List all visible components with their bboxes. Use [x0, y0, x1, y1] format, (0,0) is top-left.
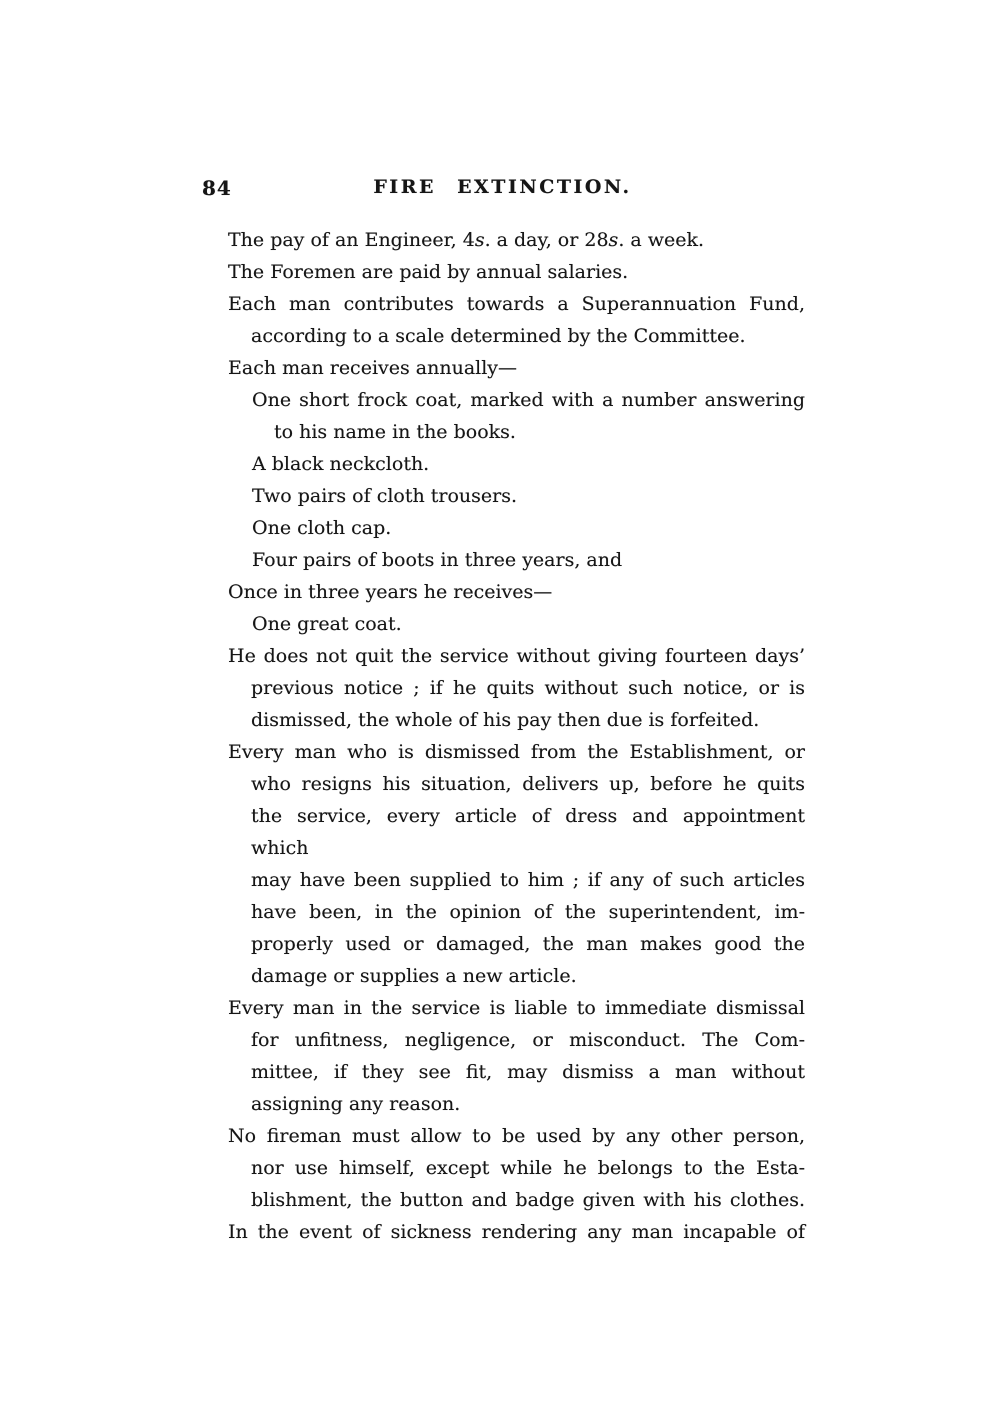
paragraph: No fireman must allow to be used by any …: [228, 1120, 805, 1216]
text-line: to his name in the books.: [252, 416, 805, 448]
text-line: according to a scale determined by the C…: [228, 320, 805, 352]
text-line: may have been supplied to him ; if any o…: [228, 864, 805, 896]
text-line: He does not quit the service without giv…: [228, 640, 805, 672]
text-line: dismissed, the whole of his pay then due…: [228, 704, 805, 736]
paragraph: The Foremen are paid by annual salaries.: [228, 256, 805, 288]
paragraph: One great coat.: [252, 608, 805, 640]
text-line: Four pairs of boots in three years, and: [252, 544, 805, 576]
paragraph: Every man in the service is liable to im…: [228, 992, 805, 1120]
paragraph: A black neckcloth.: [252, 448, 805, 480]
text-line: One great coat.: [252, 608, 805, 640]
paragraph: One short frock coat, marked with a numb…: [252, 384, 805, 448]
text-line: The pay of an Engineer, 4s. a day, or 28…: [228, 224, 805, 256]
text-line: The Foremen are paid by annual salaries.: [228, 256, 805, 288]
text-line: assigning any reason.: [228, 1088, 805, 1120]
paragraph: He does not quit the service without giv…: [228, 640, 805, 736]
book-page: 84 FIRE EXTINCTION. The pay of an Engine…: [0, 0, 1005, 1408]
text-line: Every man who is dismissed from the Esta…: [228, 736, 805, 768]
paragraph: Two pairs of cloth trousers.: [252, 480, 805, 512]
paragraph: Every man who is dismissed from the Esta…: [228, 736, 805, 992]
text-line: Each man contributes towards a Superannu…: [228, 288, 805, 320]
running-head: FIRE EXTINCTION.: [0, 176, 1005, 198]
text-line: One short frock coat, marked with a numb…: [252, 384, 805, 416]
text-line: No fireman must allow to be used by any …: [228, 1120, 805, 1152]
text-line: nor use himself, except while he belongs…: [228, 1152, 805, 1184]
text-block: The pay of an Engineer, 4s. a day, or 28…: [228, 224, 805, 1248]
text-line: who resigns his situation, delivers up, …: [228, 768, 805, 800]
paragraph: Each man receives annually—: [228, 352, 805, 384]
text-segment: The pay of an Engineer, 4: [228, 229, 475, 251]
text-line: Two pairs of cloth trousers.: [252, 480, 805, 512]
text-line: blishment, the button and badge given wi…: [228, 1184, 805, 1216]
text-line: properly used or damaged, the man makes …: [228, 928, 805, 960]
text-line: previous notice ; if he quits without su…: [228, 672, 805, 704]
paragraph: Four pairs of boots in three years, and: [252, 544, 805, 576]
paragraph: The pay of an Engineer, 4s. a day, or 28…: [228, 224, 805, 256]
paragraph: One cloth cap.: [252, 512, 805, 544]
text-line: the service, every article of dress and …: [228, 800, 805, 864]
paragraph: Once in three years he receives—: [228, 576, 805, 608]
text-line: Every man in the service is liable to im…: [228, 992, 805, 1024]
paragraph: Each man contributes towards a Superannu…: [228, 288, 805, 352]
text-line: One cloth cap.: [252, 512, 805, 544]
text-line: Each man receives annually—: [228, 352, 805, 384]
italic-segment: s: [609, 229, 619, 251]
paragraph: In the event of sickness rendering any m…: [228, 1216, 805, 1248]
text-line: have been, in the opinion of the superin…: [228, 896, 805, 928]
text-segment: . a day, or 28: [485, 229, 609, 251]
text-line: damage or supplies a new article.: [228, 960, 805, 992]
italic-segment: s: [475, 229, 485, 251]
text-segment: . a week.: [618, 229, 704, 251]
page-header: 84 FIRE EXTINCTION.: [0, 176, 1005, 202]
text-line: for unfitness, negligence, or misconduct…: [228, 1024, 805, 1056]
text-line: mittee, if they see fit, may dismiss a m…: [228, 1056, 805, 1088]
text-line: In the event of sickness rendering any m…: [228, 1216, 805, 1248]
text-line: A black neckcloth.: [252, 448, 805, 480]
page-number: 84: [202, 176, 232, 200]
text-line: Once in three years he receives—: [228, 576, 805, 608]
